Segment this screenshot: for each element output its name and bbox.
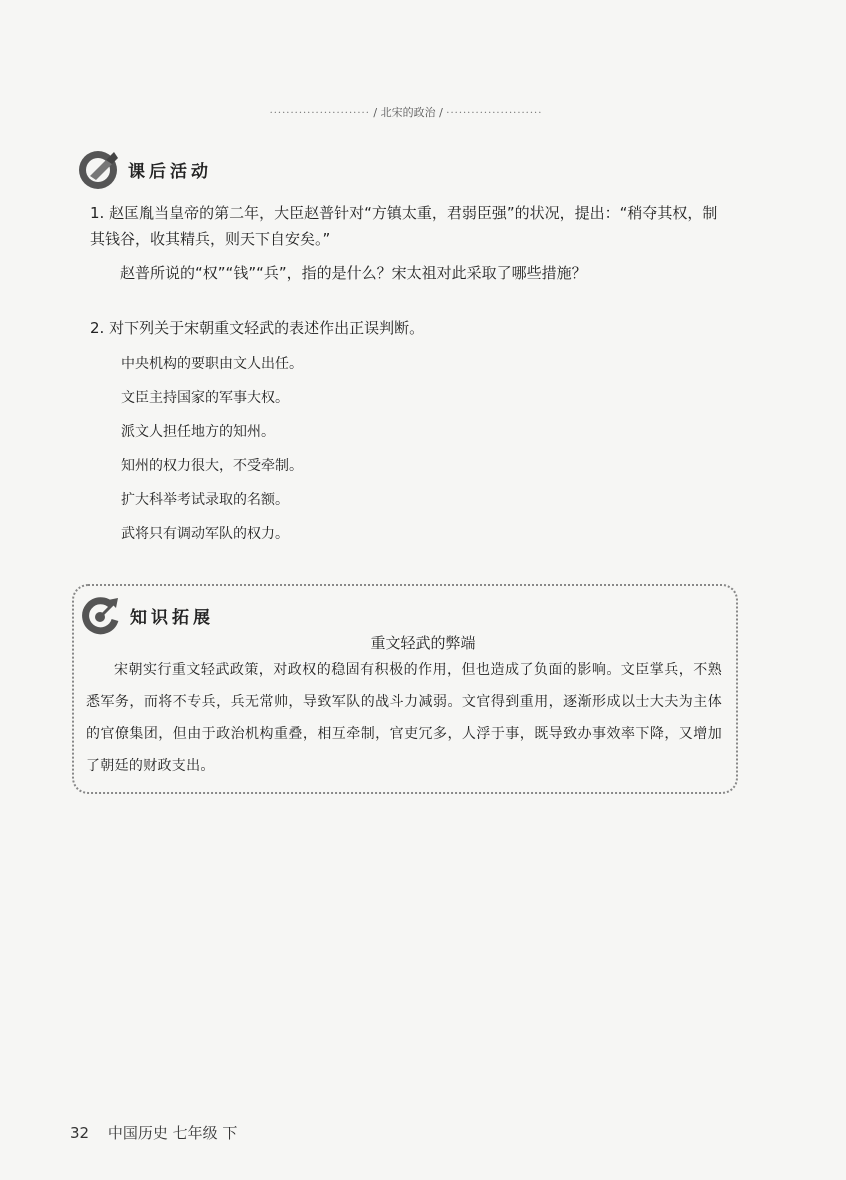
statement-item: 扩大科举考试录取的名额。 — [121, 483, 730, 517]
running-header: ························ / 北宋的政治 / ·····… — [236, 104, 576, 120]
statement-list: 中央机构的要职由文人出任。 文臣主持国家的军事大权。 派文人担任地方的知州。 知… — [121, 347, 730, 551]
statement-item: 武将只有调动军队的权力。 — [121, 517, 730, 551]
knowledge-subtitle: 重文轻武的弊端 — [0, 632, 846, 653]
page-number: 32 — [70, 1124, 89, 1142]
pen-circle-icon — [76, 146, 122, 192]
question-prompt: 赵普所说的“权”“钱”“兵”，指的是什么？宋太祖对此采取了哪些措施？ — [90, 260, 730, 286]
question-number: 2. — [90, 319, 104, 337]
section-title: 课后活动 — [128, 157, 212, 182]
section-title: 知识拓展 — [130, 603, 214, 628]
book-title: 中国历史 七年级 下 — [108, 1124, 238, 1142]
header-dots-right: ······················· — [446, 108, 542, 119]
page-footer: 32 中国历史 七年级 下 — [70, 1122, 237, 1143]
statement-item: 派文人担任地方的知州。 — [121, 415, 730, 449]
question-2: 2. 对下列关于宋朝重文轻武的表述作出正误判断。 中央机构的要职由文人出任。 文… — [90, 315, 730, 551]
activity-section-heading: 课后活动 — [76, 146, 212, 192]
chapter-title: / 北宋的政治 / — [373, 106, 442, 119]
statement-item: 知州的权力很大，不受牵制。 — [121, 449, 730, 483]
question-text: 赵匡胤当皇帝的第二年，大臣赵普针对“方镇太重，君弱臣强”的状况，提出：“稍夺其权… — [90, 204, 717, 248]
statement-item: 文臣主持国家的军事大权。 — [121, 381, 730, 415]
question-1: 1. 赵匡胤当皇帝的第二年，大臣赵普针对“方镇太重，君弱臣强”的状况，提出：“稍… — [90, 200, 730, 286]
question-text: 对下列关于宋朝重文轻武的表述作出正误判断。 — [109, 319, 424, 337]
statement-item: 中央机构的要职由文人出任。 — [121, 347, 730, 381]
question-number: 1. — [90, 204, 104, 222]
knowledge-body: 宋朝实行重文轻武政策，对政权的稳固有积极的作用，但也造成了负面的影响。文臣掌兵，… — [86, 654, 722, 782]
header-dots-left: ························ — [270, 108, 370, 119]
